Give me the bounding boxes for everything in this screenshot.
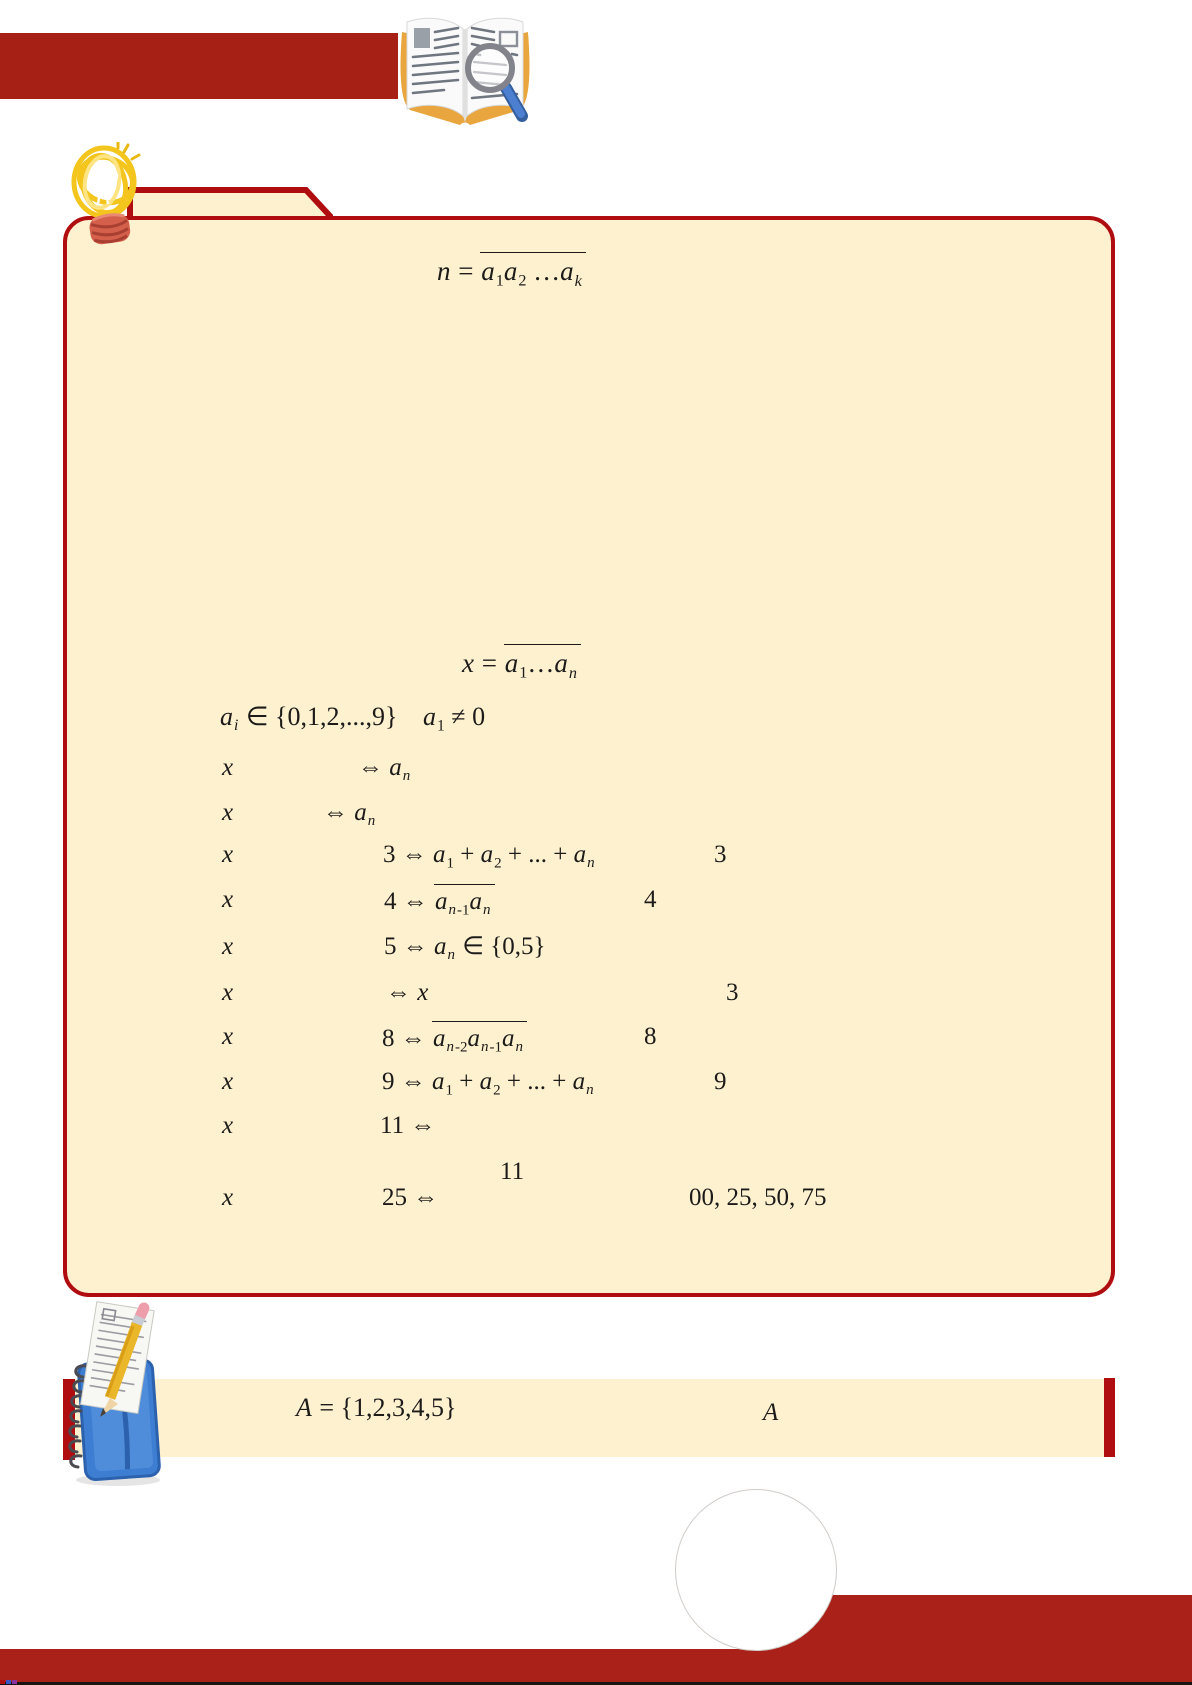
footer-band: [0, 1649, 1192, 1682]
row-rule: ⇔ an: [323, 797, 376, 830]
row-note: 4: [644, 884, 657, 917]
row-variable: x: [222, 977, 234, 1010]
row-note: 3: [726, 977, 739, 1010]
divisibility-row: x ⇔ an: [0, 752, 1192, 788]
row-rule: 4 ⇔ an-1an: [384, 884, 495, 919]
divisibility-row: x ⇔ an: [0, 797, 1192, 833]
divisibility-row: x ⇔ x 3: [0, 977, 1192, 1013]
row-variable: x: [222, 1182, 234, 1215]
row-rule: 3 ⇔ a1 + a2 + ... + an: [383, 839, 596, 872]
row-variable: x: [222, 752, 234, 785]
formula-leading-digit: a1 ≠ 0: [423, 700, 485, 734]
row-variable: x: [222, 1066, 234, 1099]
row-note: 3: [714, 839, 727, 872]
footer-curve-circle: [675, 1489, 837, 1651]
row-rule: 5 ⇔ an ∈ {0,5}: [384, 931, 546, 964]
row-rule: 25 ⇔: [382, 1182, 438, 1215]
row-note: 8: [644, 1021, 657, 1054]
row-variable: x: [222, 931, 234, 964]
row-rule: 9 ⇔ a1 + a2 + ... + an: [382, 1066, 595, 1099]
divisibility-row: x 3 ⇔ a1 + a2 + ... + an 3: [0, 839, 1192, 875]
divisibility-row: x 4 ⇔ an-1an 4: [0, 884, 1192, 920]
example-formula-set-a: A = {1,2,3,4,5}: [296, 1391, 457, 1425]
formula-x-representation: x = a1…an: [462, 644, 581, 681]
row-rule: 8 ⇔ an-2an-1an: [382, 1021, 527, 1056]
book-with-magnifier-icon: [394, 10, 536, 130]
footer-pixel-artifact: [12, 1680, 17, 1684]
divisibility-row: x 5 ⇔ an ∈ {0,5}: [0, 931, 1192, 967]
notepad-with-pencil-icon: [60, 1300, 170, 1490]
divisibility-row: x 25 ⇔ 00, 25, 50, 75: [0, 1182, 1192, 1218]
lightbulb-scribble-icon: [64, 142, 148, 254]
row-rule: ⇔ an: [358, 752, 411, 785]
row-rule: ⇔ x: [386, 977, 429, 1010]
right-accent-bar: [1104, 1378, 1115, 1457]
example-set-a-reference: A: [763, 1397, 779, 1430]
header-red-bar: [0, 33, 398, 99]
footer-pixel-artifact: [0, 1680, 5, 1684]
row-rule: 11 ⇔: [380, 1110, 435, 1143]
divisibility-row: x 9 ⇔ a1 + a2 + ... + an 9: [0, 1066, 1192, 1102]
page: n = a1a2 …ak x = a1…an ai ∈ {0,1,2,...,9…: [0, 0, 1192, 1685]
divisibility-row: x 8 ⇔ an-2an-1an 8: [0, 1021, 1192, 1057]
example-box: [75, 1379, 1104, 1457]
row-variable: x: [222, 884, 234, 917]
divisibility-row: x 11 ⇔: [0, 1110, 1192, 1146]
row-note: 9: [714, 1066, 727, 1099]
row-variable: x: [222, 1021, 234, 1054]
formula-general-number: n = a1a2 …ak: [437, 252, 586, 289]
row-variable: x: [222, 797, 234, 830]
formula-digit-domain: ai ∈ {0,1,2,...,9}: [220, 700, 397, 734]
row-variable: x: [222, 1110, 234, 1143]
row-variable: x: [222, 839, 234, 872]
footer-pixel-artifact: [6, 1680, 11, 1684]
row-note: 00, 25, 50, 75: [689, 1182, 827, 1215]
